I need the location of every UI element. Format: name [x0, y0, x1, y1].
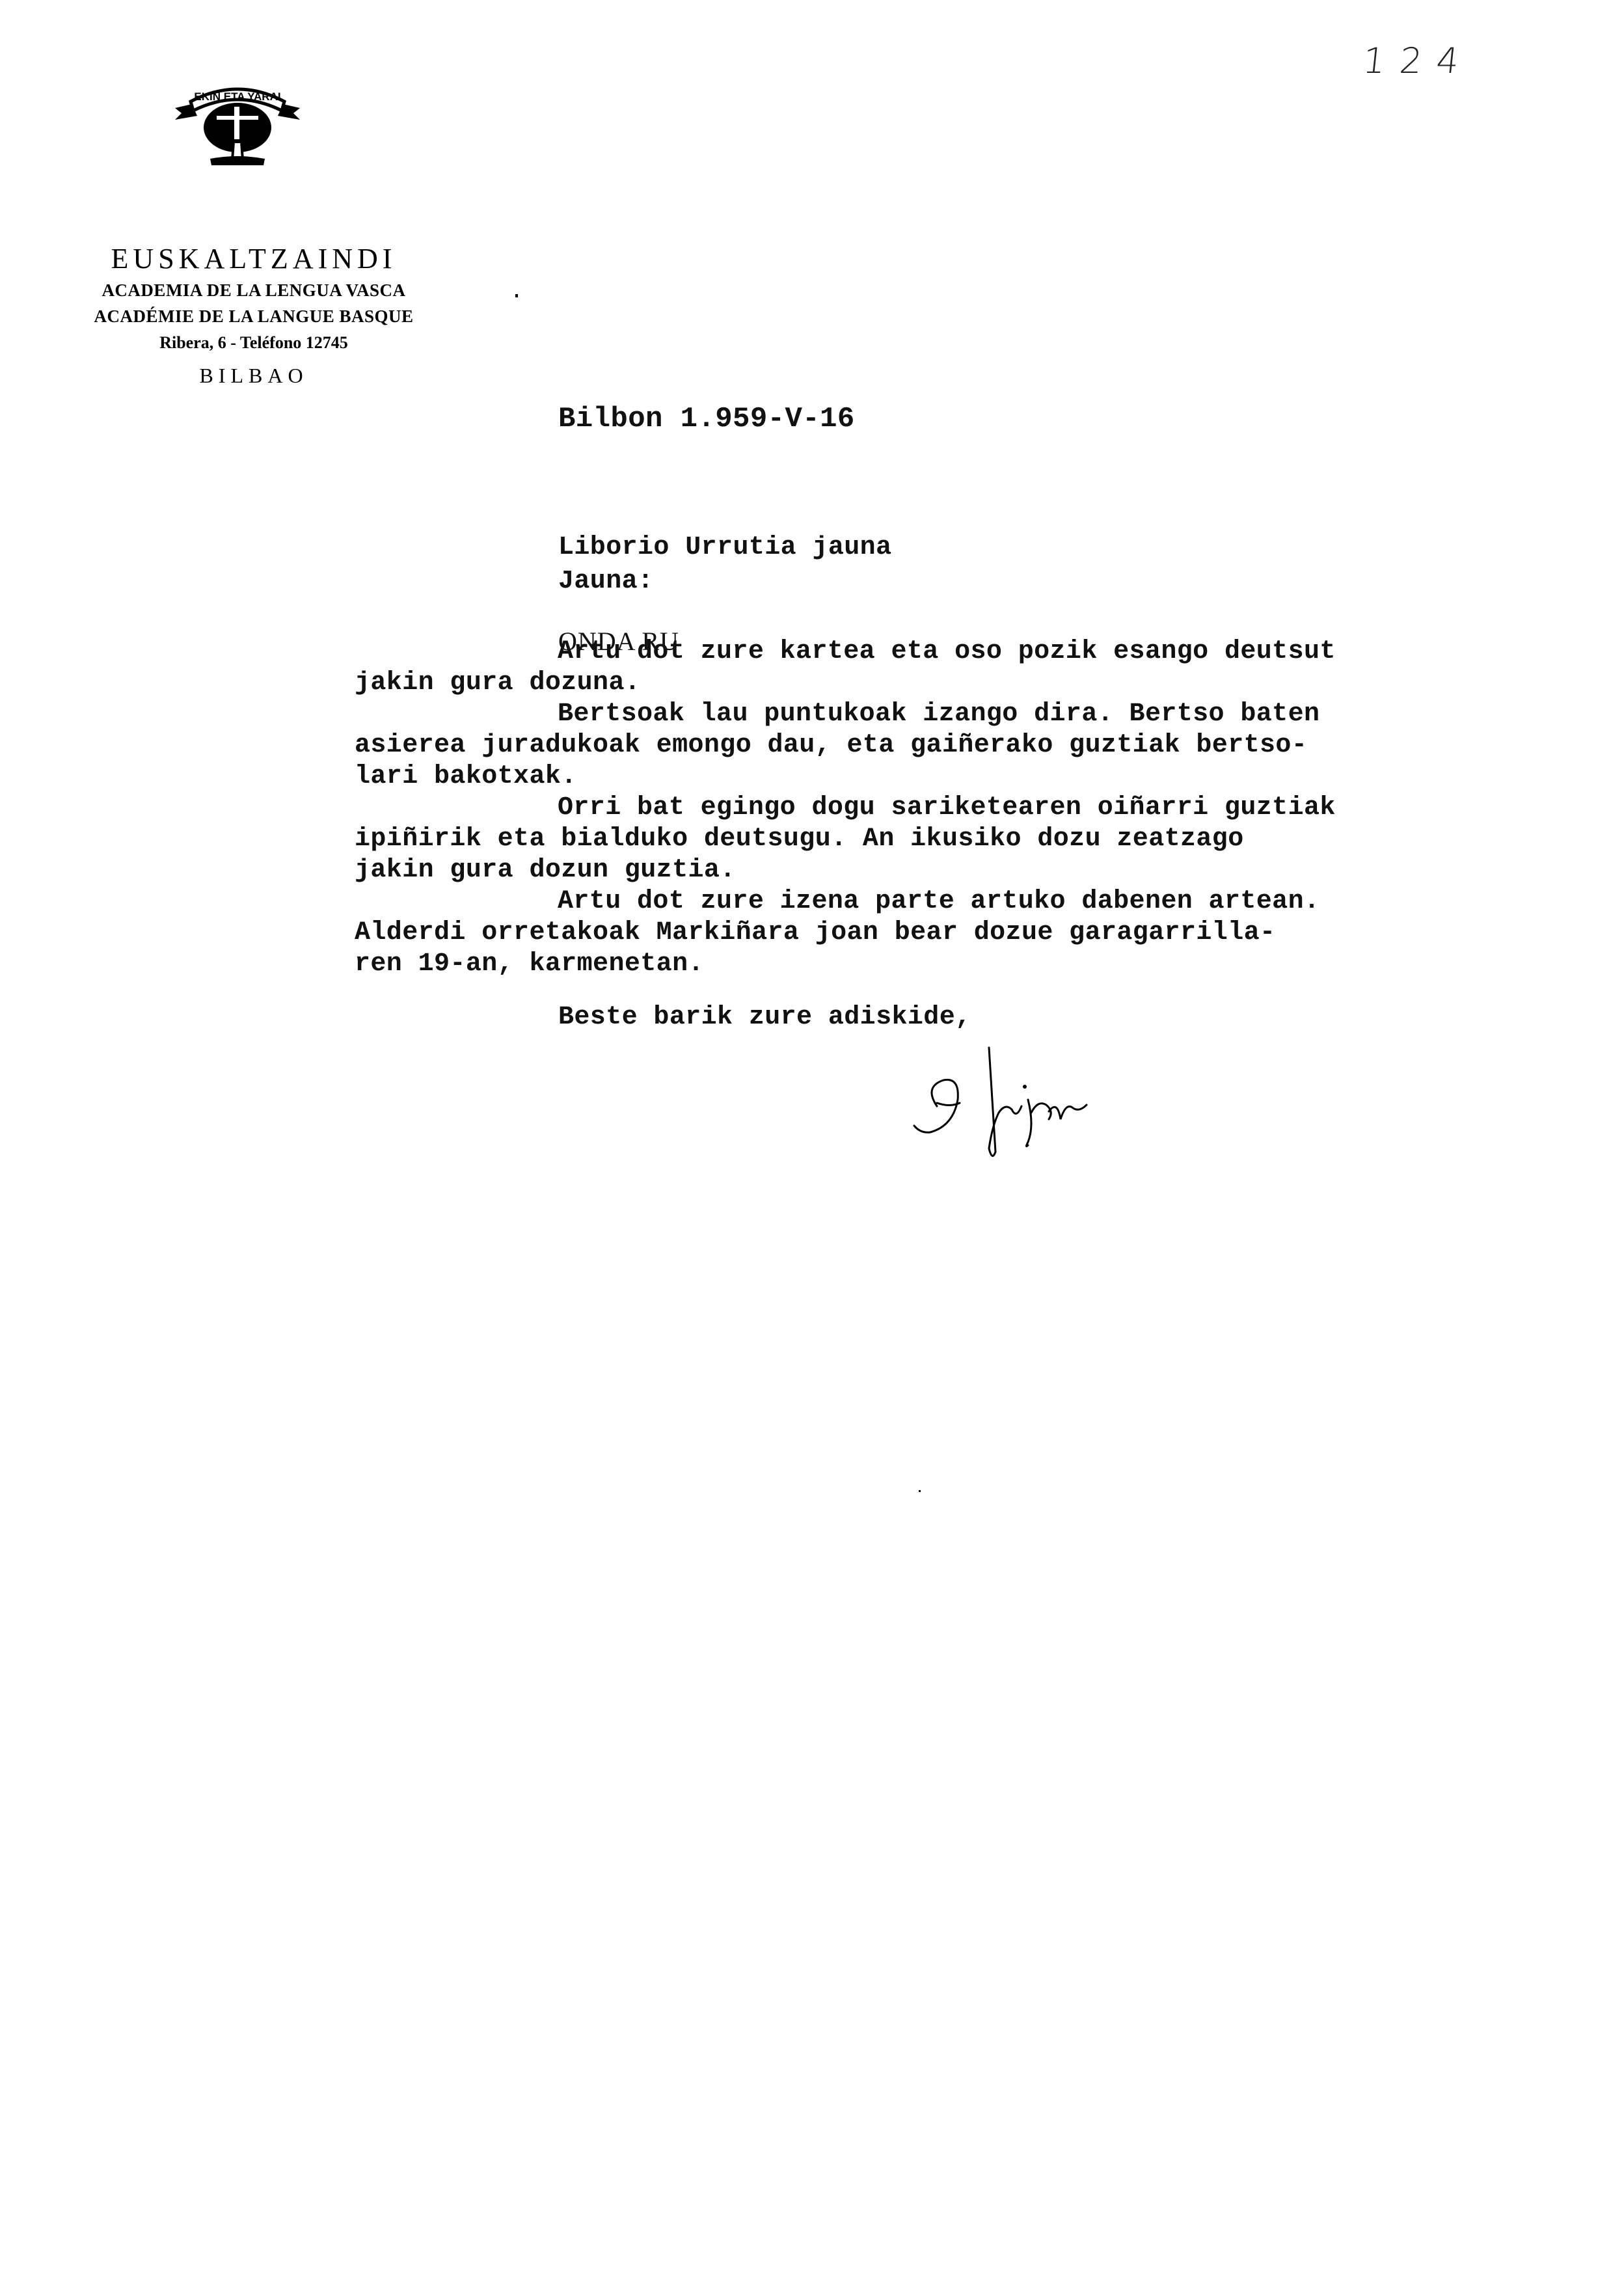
- paragraph-line: Bertsoak lau puntukoak izango dira. Bert…: [355, 699, 1539, 730]
- organization-subtitle-fr: ACADÉMIE DE LA LANGUE BASQUE: [72, 303, 436, 329]
- organization-subtitle-es: ACADEMIA DE LA LENGUA VASCA: [72, 277, 436, 303]
- svg-text:EKIN ETA YARAI: EKIN ETA YARAI: [194, 90, 280, 103]
- paragraph-line: Orri bat egingo dogu sariketearen oiñarr…: [355, 793, 1539, 824]
- paragraph-line: ipiñirik eta bialduko deutsugu. An ikusi…: [355, 824, 1539, 855]
- organization-address: Ribera, 6 - Teléfono 12745: [72, 329, 436, 357]
- letter-paragraph: Bertsoak lau puntukoak izango dira. Bert…: [355, 699, 1539, 793]
- addressee-name: Liborio Urrutia jauna: [558, 532, 891, 564]
- tree-with-banner-icon: EKIN ETA YARAI: [172, 70, 303, 168]
- closing: Beste barik zure adiskide,: [558, 1002, 971, 1033]
- letter-date: Bilbon 1.959-V-16: [558, 403, 855, 435]
- organization-name: EUSKALTZAINDI: [72, 241, 436, 277]
- letter-paragraph: Artu dot zure izena parte artuko dabenen…: [355, 886, 1539, 980]
- paragraph-line: asierea juradukoak emongo dau, eta gaiñe…: [355, 730, 1539, 761]
- letter-body: Artu dot zure kartea eta oso pozik esang…: [355, 636, 1539, 980]
- paragraph-line: jakin gura dozun guztia.: [355, 855, 1539, 886]
- paper-speck: [515, 294, 518, 297]
- handwritten-signature-icon: [898, 1035, 1145, 1178]
- letter-paragraph: Artu dot zure kartea eta oso pozik esang…: [355, 636, 1539, 699]
- paragraph-line: ren 19-an, karmenetan.: [355, 949, 1539, 980]
- paragraph-line: lari bakotxak.: [355, 761, 1539, 793]
- organization-city: BILBAO: [72, 359, 436, 392]
- paper-speck: [919, 1490, 921, 1492]
- salutation: Jauna:: [558, 566, 653, 597]
- letter-page: 124 EKIN ETA YARAI EUSKALTZAINDI ACADEMI…: [0, 0, 1624, 2282]
- archive-number: 124: [1361, 40, 1476, 81]
- paragraph-line: Alderdi orretakoak Markiñara joan bear d…: [355, 917, 1539, 949]
- letter-paragraph: Orri bat egingo dogu sariketearen oiñarr…: [355, 793, 1539, 886]
- paragraph-line: jakin gura dozuna.: [355, 668, 1539, 699]
- paragraph-line: Artu dot zure kartea eta oso pozik esang…: [355, 636, 1539, 668]
- paragraph-line: Artu dot zure izena parte artuko dabenen…: [355, 886, 1539, 917]
- letterhead: EUSKALTZAINDI ACADEMIA DE LA LENGUA VASC…: [72, 241, 436, 392]
